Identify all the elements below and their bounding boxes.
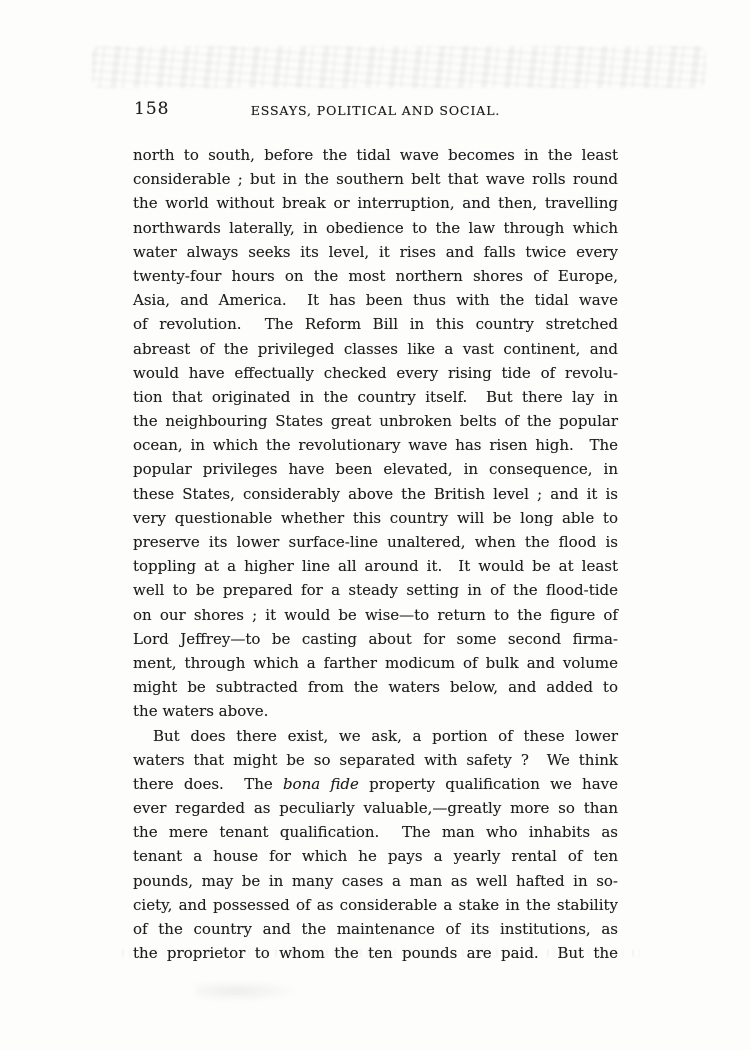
text-line: might be subtracted from the waters belo… [133,675,618,699]
book-page: 158 ESSAYS, POLITICAL AND SOCIAL. north … [0,0,750,1050]
text-line: tenant a house for which he pays a yearl… [133,844,618,868]
text-line: ever regarded as peculiarly valuable,—gr… [133,796,618,820]
text-line: the waters above. [133,699,618,723]
running-title: ESSAYS, POLITICAL AND SOCIAL. [133,99,618,118]
text-line: the mere tenant qualification. The man w… [133,820,618,844]
text-line: northwards laterally, in obedience to th… [133,216,618,240]
scan-artifact-top [92,46,706,88]
text-line: would have effectually checked every ris… [133,361,618,385]
page-number: 158 [134,99,169,119]
text-line: popular privileges have been elevated, i… [133,457,618,481]
text-line: ciety, and possessed of as considerable … [133,893,618,917]
text-line: ocean, in which the revolutionary wave h… [133,433,618,457]
text-line: the world without break or interruption,… [133,191,618,215]
text-line: of revolution. The Reform Bill in this c… [133,312,618,336]
text-line: north to south, before the tidal wave be… [133,143,618,167]
text-line: ment, through which a farther modicum of… [133,651,618,675]
text-line: Lord Jeffrey—to be casting about for som… [133,627,618,651]
text-line: considerable ; but in the southern belt … [133,167,618,191]
text-line: pounds, may be in many cases a man as we… [133,869,618,893]
scan-artifact-speckles [122,949,640,957]
text-line: waters that might be so separated with s… [133,748,618,772]
text-line: water always seeks its level, it rises a… [133,240,618,264]
text-line: But does there exist, we ask, a portion … [133,724,618,748]
text-line: Asia, and America. It has been thus with… [133,288,618,312]
text-line: the neighbouring States great unbroken b… [133,409,618,433]
text-line: abreast of the privileged classes like a… [133,337,618,361]
page-header: 158 ESSAYS, POLITICAL AND SOCIAL. [133,99,618,121]
scan-artifact-smudge [195,980,300,1002]
text-line: well to be prepared for a steady setting… [133,578,618,602]
text-line: there does. The bona fide property quali… [133,772,618,796]
text-line: very questionable whether this country w… [133,506,618,530]
text-line: tion that originated in the country itse… [133,385,618,409]
text-line: on our shores ; it would be wise—to retu… [133,603,618,627]
text-line: of the country and the maintenance of it… [133,917,618,941]
text-line: twenty-four hours on the most northern s… [133,264,618,288]
body-text: north to south, before the tidal wave be… [133,143,618,965]
text-line: preserve its lower surface-line unaltere… [133,530,618,554]
text-line: these States, considerably above the Bri… [133,482,618,506]
text-line: toppling at a higher line all around it.… [133,554,618,578]
